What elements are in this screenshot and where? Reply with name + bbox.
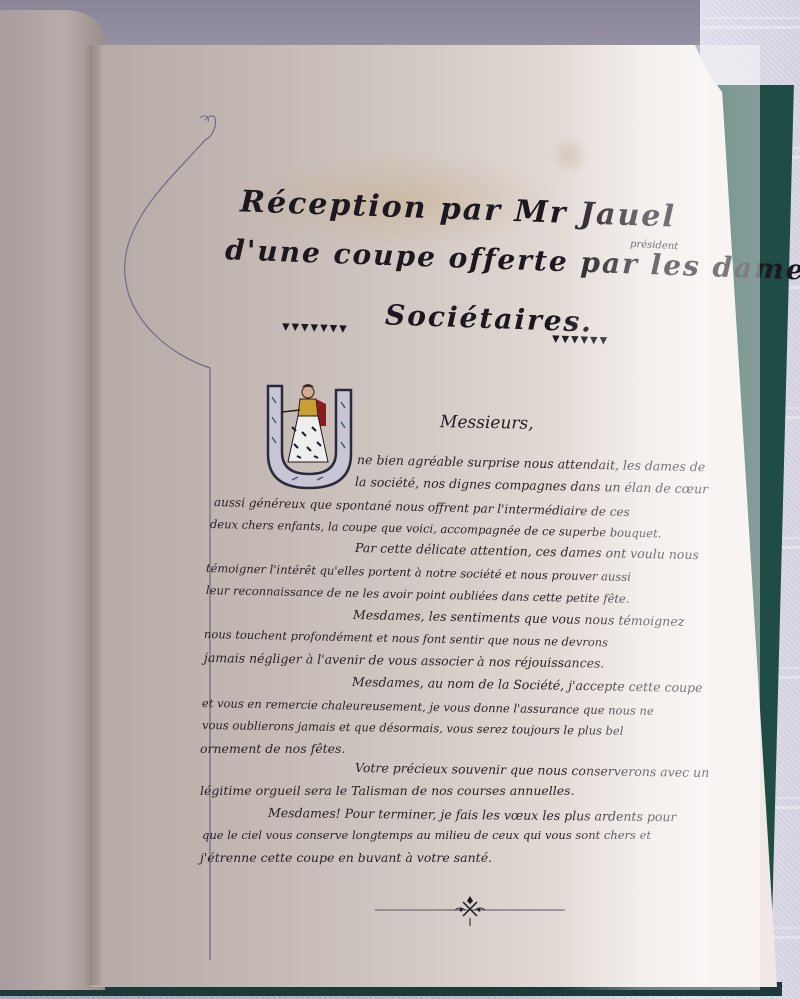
body-line: légitime orgueil sera le Talisman de nos… xyxy=(200,783,575,798)
salutation: Messieurs, xyxy=(440,412,534,434)
body-line: que le ciel vous conserve longtemps au m… xyxy=(202,828,651,842)
body-line: j'étrenne cette coupe en buvant à votre … xyxy=(200,850,492,865)
body-line: ornement de nos fêtes. xyxy=(200,741,345,756)
triangle-ornament-right: ▾▾▾▾▾▾ xyxy=(552,329,610,349)
illuminated-initial-u-icon xyxy=(262,382,357,492)
triangle-ornament-left: ▾▾▾▾▾▾▾ xyxy=(282,317,349,337)
closing-ornament-icon xyxy=(375,890,565,930)
